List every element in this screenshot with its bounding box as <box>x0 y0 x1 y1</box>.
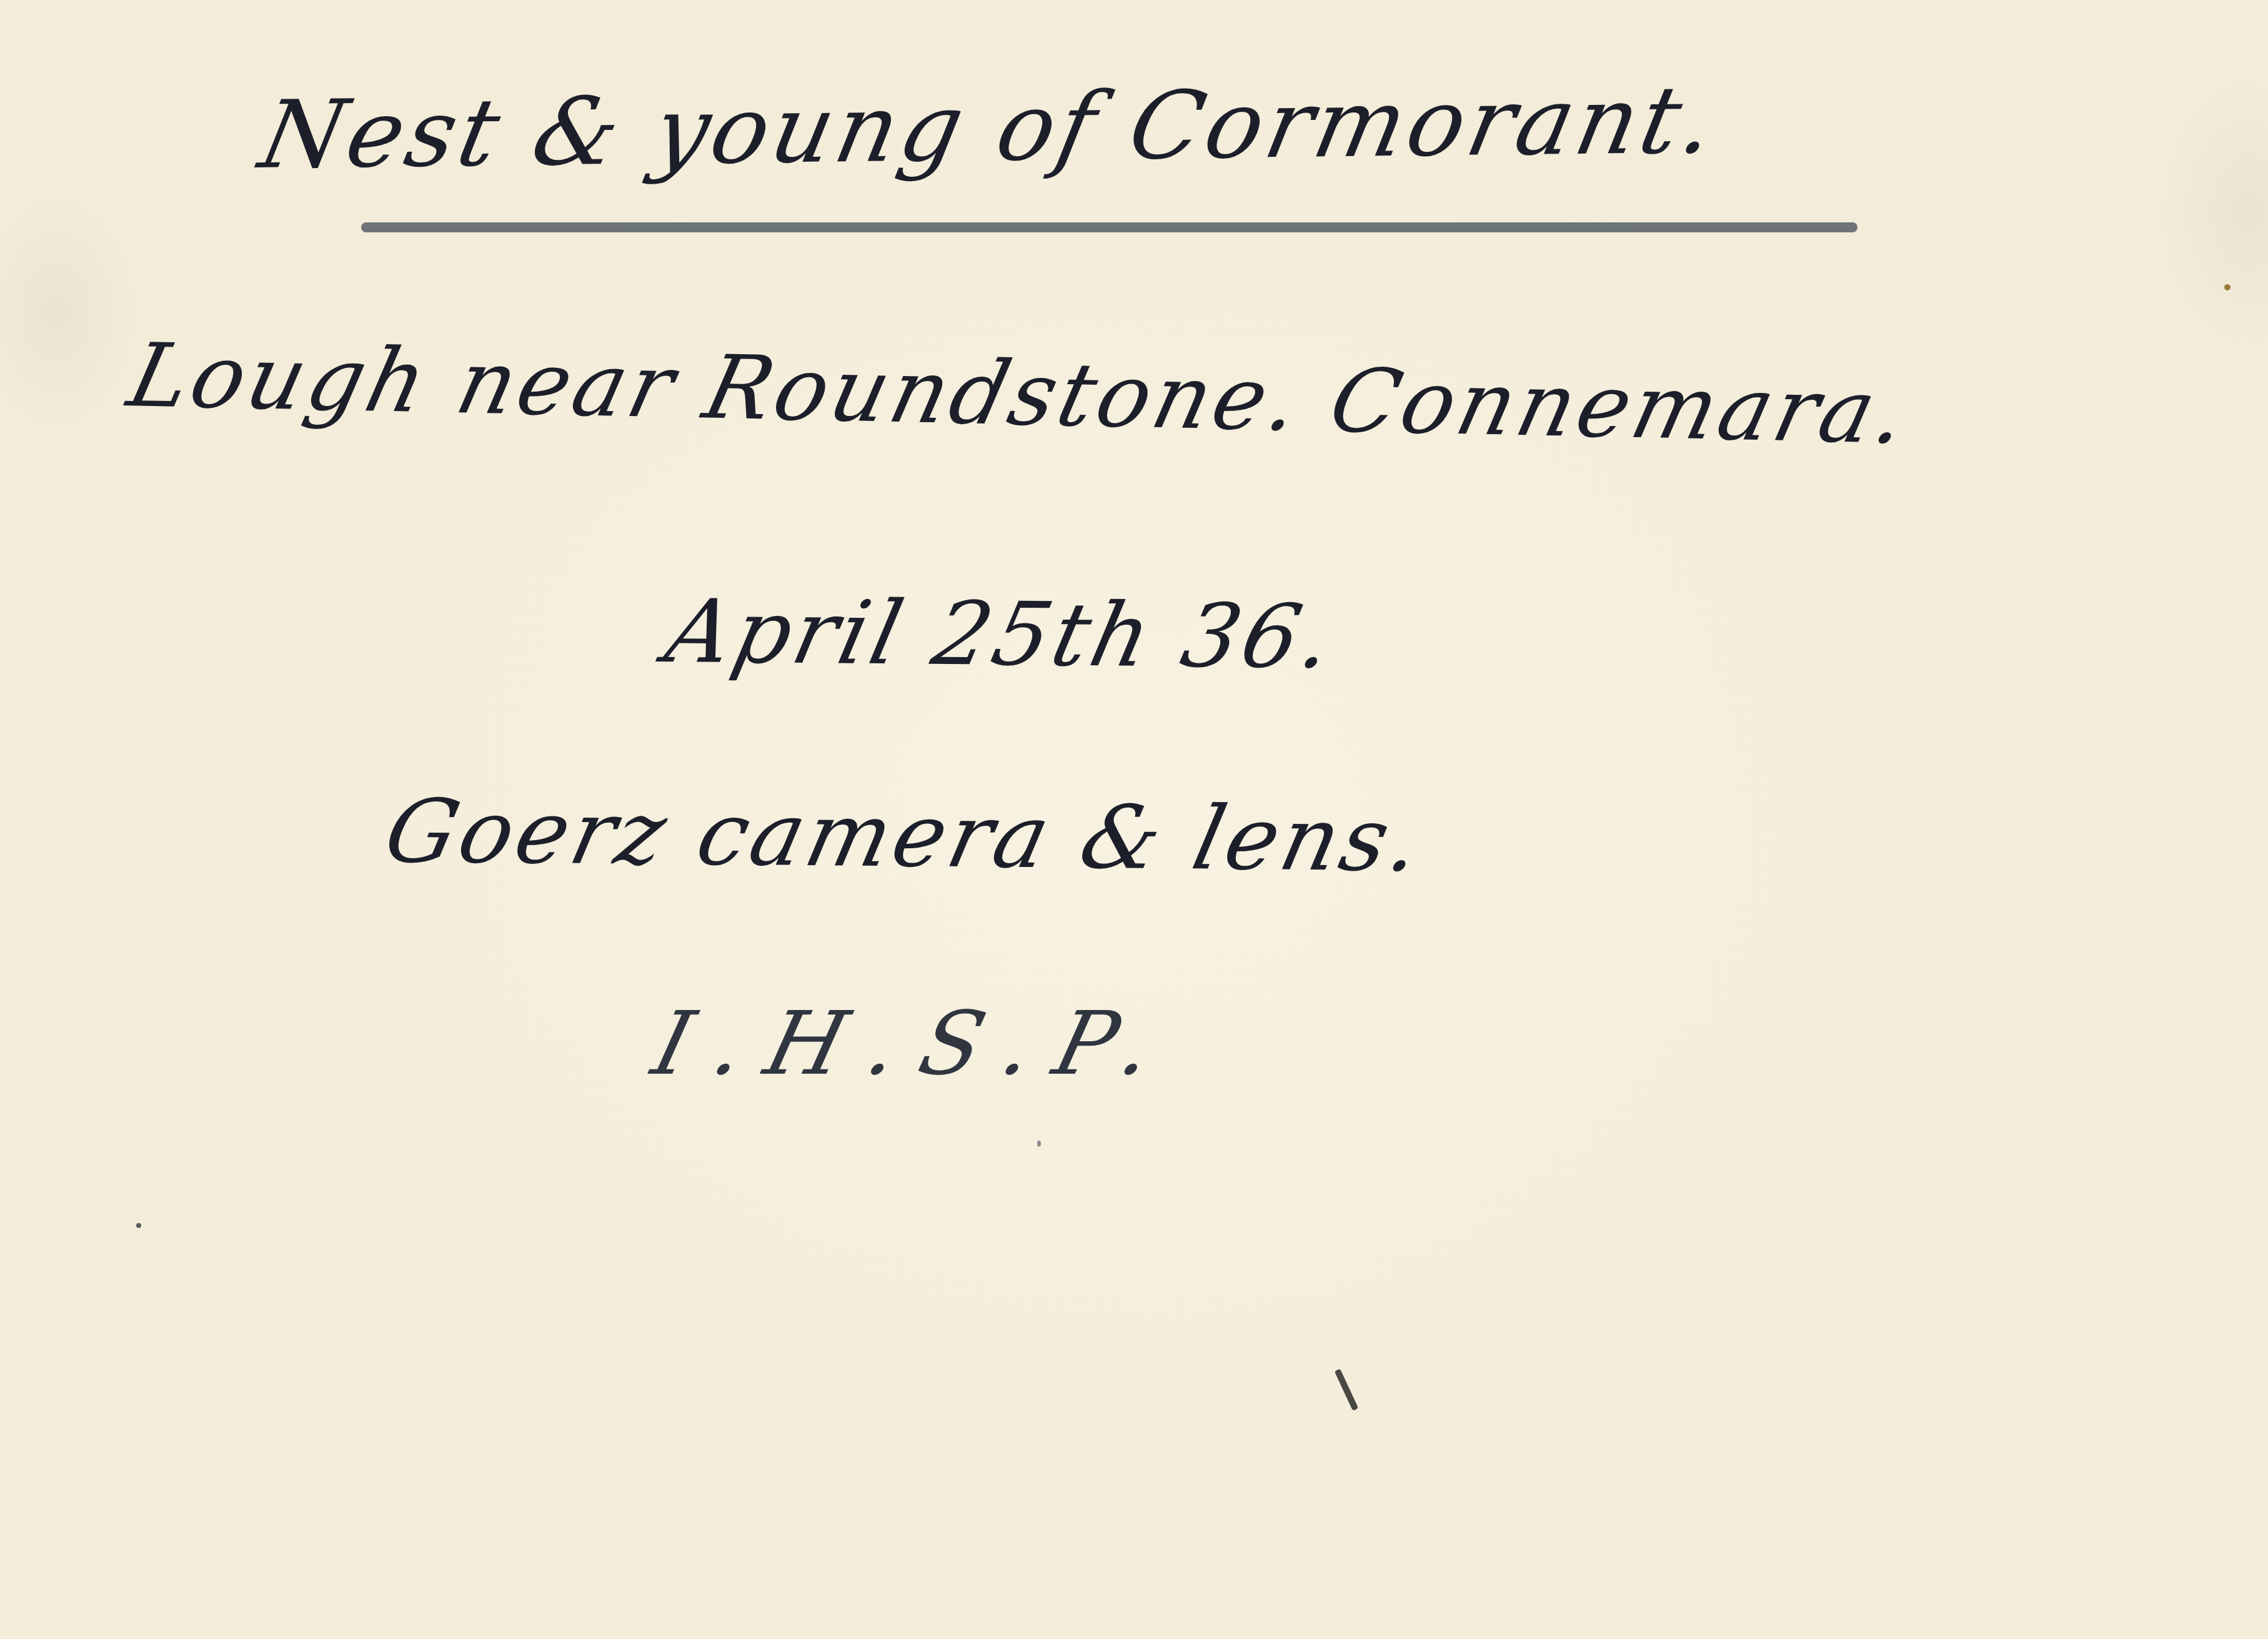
paper-speck <box>136 1223 141 1228</box>
caption-date: April 25th 36. <box>657 581 1345 688</box>
author-initials: I.H.S.P. <box>644 993 1189 1095</box>
paper-speck <box>2224 284 2231 290</box>
caption-equipment: Goerz camera & lens. <box>376 781 1434 891</box>
title-underline <box>361 222 1858 232</box>
caption-title: Nest & young of Cormorant. <box>251 66 1728 190</box>
paper-speck <box>1037 1141 1041 1147</box>
